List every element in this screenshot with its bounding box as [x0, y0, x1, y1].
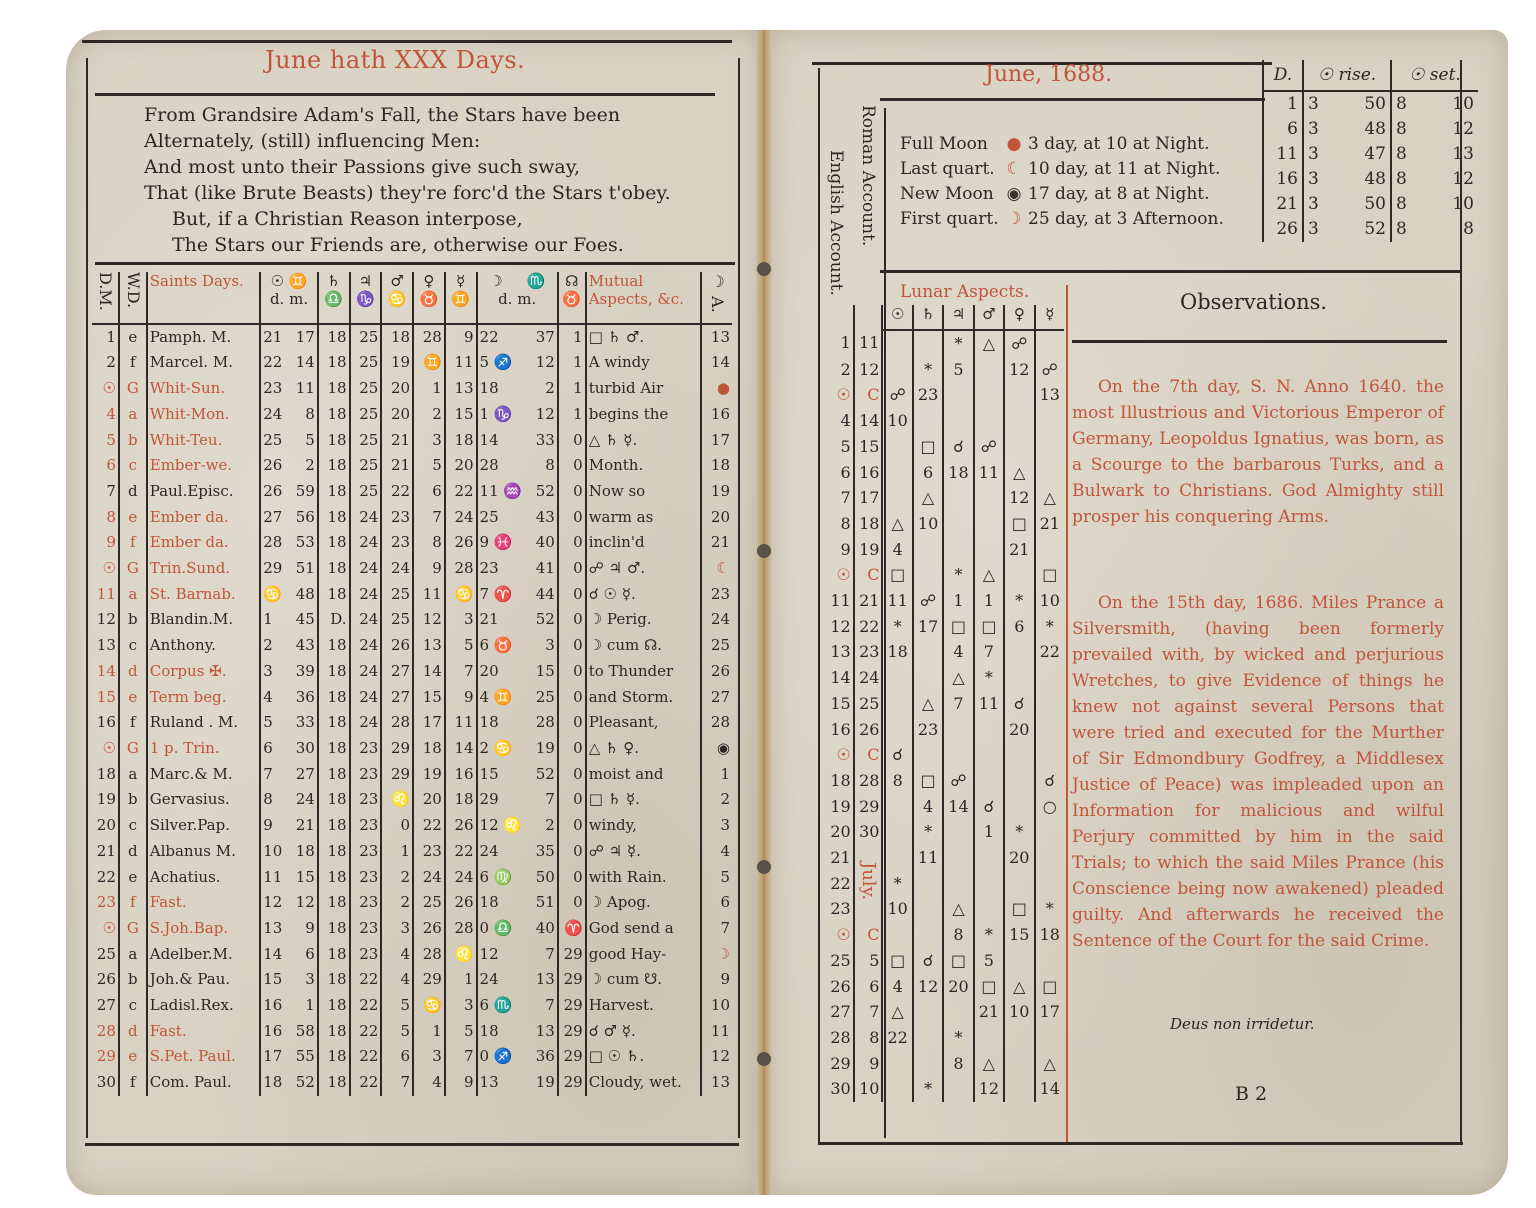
roman-day: 5	[854, 948, 883, 974]
cell-dm: 20	[92, 813, 119, 839]
cell-aspect: Month.	[586, 453, 701, 479]
cell-sun: 824	[260, 787, 318, 813]
cell-da: 2	[701, 787, 732, 813]
cell-mar: 21	[381, 428, 413, 454]
sun-degrees: 4	[263, 688, 273, 706]
cell-jup: 23	[350, 839, 382, 865]
cell-sat: 18	[318, 350, 350, 376]
lunar-aspect-cell	[1035, 460, 1065, 486]
lunar-aspect-cell: ☌	[1004, 691, 1034, 717]
moon-minutes: 51	[536, 890, 555, 916]
cell-moon: 1 ♑12	[477, 402, 558, 428]
lunar-header-planet: ♃	[943, 305, 973, 330]
poem-line: The Stars our Friends are, otherwise our…	[144, 232, 671, 258]
cell-node: 29	[558, 993, 586, 1019]
cell-dm: ☉	[92, 736, 119, 762]
cell-sat: 18	[318, 839, 350, 865]
english-day: 4	[826, 408, 854, 434]
lunar-aspect-cell: 11	[974, 691, 1004, 717]
cell-mar: 4	[381, 967, 413, 993]
lunar-aspect-cell	[913, 922, 943, 948]
cell-wd: f	[119, 1070, 147, 1096]
lunar-aspect-cell	[882, 1076, 912, 1102]
cell-sat: 18	[318, 479, 350, 505]
cell-da: 13	[701, 1070, 732, 1096]
cell-da: 21	[701, 530, 732, 556]
lunar-aspect-cell: ☌	[943, 434, 973, 460]
roman-day: 10	[854, 1076, 883, 1102]
cell-moon: 2237	[477, 324, 558, 351]
month-year-title: June, 1688.	[985, 62, 1112, 87]
cell-aspect: begins the	[586, 402, 701, 428]
cell-sat: 18	[318, 530, 350, 556]
sun-degrees: 23	[263, 379, 282, 397]
calendar-row: ☉GS.Joh.Bap.1391823326280 ♎40♈God send a…	[92, 916, 732, 942]
sun-minutes: 51	[296, 556, 315, 582]
cell-node: 0	[558, 710, 586, 736]
sun-cell-set_h: 8	[1391, 167, 1426, 192]
lunar-aspect-cell: 20	[1004, 845, 1034, 871]
calendar-row: 20cSilver.Pap.92118230222612 ♌20windy,3	[92, 813, 732, 839]
lunar-aspect-cell	[882, 845, 912, 871]
cell-node: ♈	[558, 916, 586, 942]
lunar-row: 1323184722	[826, 639, 1064, 665]
cell-sun: 1755	[260, 1044, 318, 1070]
lunar-row: ☉C□*△□	[826, 562, 1064, 588]
cell-sun: 153	[260, 967, 318, 993]
cell-moon: 1828	[477, 710, 558, 736]
sun-degrees: 6	[263, 739, 273, 757]
cell-aspect: ☽ Perig.	[586, 607, 701, 633]
cell-wd: d	[119, 1019, 147, 1045]
cell-ven: 11	[413, 582, 445, 608]
roman-day: 19	[854, 537, 883, 563]
sun-degrees: 26	[263, 482, 282, 500]
cell-mar: 25	[381, 582, 413, 608]
cell-saint: Gervasius.	[147, 787, 261, 813]
cell-jup: 25	[350, 324, 382, 351]
cell-jup: 24	[350, 607, 382, 633]
roman-day: 28	[854, 768, 883, 794]
cell-node: 0	[558, 659, 586, 685]
cell-sun: 145	[260, 607, 318, 633]
calendar-row: 29eS.Pet. Paul.175518226370 ♐3629□ ☉ ♄.1…	[92, 1044, 732, 1070]
sun-minutes: 39	[296, 659, 315, 685]
cell-moon: 2341	[477, 556, 558, 582]
cell-moon: 2413	[477, 967, 558, 993]
cell-aspect: moist and	[586, 762, 701, 788]
lunar-aspect-cell: 21	[974, 999, 1004, 1025]
cell-sat: 18	[318, 402, 350, 428]
lunar-aspect-cell: *	[974, 665, 1004, 691]
lunar-row: 16262320	[826, 717, 1064, 743]
cell-mar: 27	[381, 659, 413, 685]
roman-day: 30	[854, 819, 883, 845]
cell-ven: 6	[413, 479, 445, 505]
cell-mar: 22	[381, 479, 413, 505]
moon-phase-label: Full Moon	[900, 132, 1000, 157]
roman-day: 22	[854, 614, 883, 640]
calendar-row: 15eTerm beg.4361824271594 ♊250and Storm.…	[92, 685, 732, 711]
lunar-aspect-cell	[1035, 871, 1065, 897]
cell-dm: 27	[92, 993, 119, 1019]
moon-minutes: 28	[536, 710, 555, 736]
cell-moon: 288	[477, 453, 558, 479]
english-day: 6	[826, 460, 854, 486]
motto: Deus non irridetur.	[1170, 1015, 1315, 1033]
sun-minutes: 59	[296, 479, 315, 505]
cell-wd: c	[119, 453, 147, 479]
lunar-aspect-cell	[1035, 742, 1065, 768]
roman-day: 12	[854, 357, 883, 383]
cell-ven: 4	[413, 1070, 445, 1096]
moon-phase-time: 3 day, at 10 at Night.	[1028, 132, 1210, 157]
moon-minutes: 50	[536, 865, 555, 891]
cell-ven: 1	[413, 1019, 445, 1045]
cell-saint: 1 p. Trin.	[147, 736, 261, 762]
cell-dm: 13	[92, 633, 119, 659]
bottom-rule	[85, 1143, 739, 1146]
cell-dm: 25	[92, 942, 119, 968]
cell-da: 20	[701, 505, 732, 531]
calendar-row: 27cLadisl.Rex.16118225♋36 ♏729Harvest.10	[92, 993, 732, 1019]
observation-leopold: On the 7th day, S. N. Anno 1640. the mos…	[1072, 374, 1444, 530]
lunar-aspect-cell	[943, 408, 973, 434]
cell-wd: G	[119, 736, 147, 762]
roman-day: 15	[854, 434, 883, 460]
cell-jup: 22	[350, 993, 382, 1019]
lunar-row: 212*512☍	[826, 357, 1064, 383]
roman-day: C	[854, 562, 883, 588]
cell-saint: Ladisl.Rex.	[147, 993, 261, 1019]
lunar-aspect-cell: 17	[1035, 999, 1065, 1025]
cell-ven: 2	[413, 402, 445, 428]
lunar-aspect-cell	[1035, 408, 1065, 434]
sun-cell-set_h: 8	[1391, 217, 1426, 242]
lunar-aspect-cell	[974, 408, 1004, 434]
moon-phase-time: 25 day, at 3 Afternoon.	[1028, 207, 1224, 232]
sun-degrees: 21	[263, 328, 282, 346]
moon-degrees: 15	[480, 765, 499, 783]
cell-node: 29	[558, 942, 586, 968]
cell-jup: 23	[350, 736, 382, 762]
poem: From Grandsire Adam's Fall, the Stars ha…	[144, 102, 671, 258]
sun-cell-d: 26	[1263, 217, 1303, 242]
lunar-row: 1929414☌○	[826, 794, 1064, 820]
cell-mar: 27	[381, 685, 413, 711]
lunar-aspect-cell: 18	[1035, 922, 1065, 948]
lunar-aspect-cell: △	[913, 485, 943, 511]
cell-ven: 14	[413, 659, 445, 685]
cell-moon: 1319	[477, 1070, 558, 1096]
roman-day: 6	[854, 974, 883, 1000]
calendar-row: 5bWhit-Teu.25518252131814330△ ♄ ☿.17	[92, 428, 732, 454]
lunar-aspect-cell: *	[943, 330, 973, 357]
lunar-aspect-cell	[974, 485, 1004, 511]
moon-phase-icon: ☾	[1000, 157, 1028, 182]
lunar-aspect-cell: □	[974, 974, 1004, 1000]
signature-mark: B 2	[1235, 1083, 1267, 1105]
lunar-aspect-cell: 4	[913, 794, 943, 820]
lunar-aspect-cell: ☌	[913, 948, 943, 974]
sun-minutes: 8	[305, 402, 315, 428]
cell-ven: ♋	[413, 993, 445, 1019]
lunar-aspect-cell: 12	[1004, 485, 1034, 511]
lunar-aspect-cell	[882, 922, 912, 948]
cell-sat: 18	[318, 890, 350, 916]
cell-node: 0	[558, 813, 586, 839]
cell-jup: 22	[350, 1070, 382, 1096]
cell-mer: 5	[445, 1019, 477, 1045]
sun-degrees: 25	[263, 431, 282, 449]
cell-wd: c	[119, 993, 147, 1019]
cell-sat: 18	[318, 324, 350, 351]
cell-sat: 18	[318, 633, 350, 659]
lunar-aspect-cell: ☍	[882, 382, 912, 408]
lunar-aspect-cell: □	[882, 562, 912, 588]
cell-aspect: □ ♄ ♂.	[586, 324, 701, 351]
moon-degrees: 4 ♊	[480, 688, 513, 706]
lunar-aspect-cell	[1004, 434, 1034, 460]
sun-degrees: 16	[263, 996, 282, 1014]
header-mars: ♂♋	[381, 272, 413, 324]
lunar-aspect-cell	[1035, 948, 1065, 974]
cell-ven: 3	[413, 428, 445, 454]
cell-wd: e	[119, 505, 147, 531]
lunar-aspect-cell	[1004, 639, 1034, 665]
cell-moon: 6 ♉3	[477, 633, 558, 659]
lunar-aspect-cell	[913, 330, 943, 357]
lunar-header-planet: ♄	[913, 305, 943, 330]
sun-degrees: 3	[263, 662, 273, 680]
header-day-of-month: D.M.	[96, 272, 114, 311]
cell-aspect: △ ♄ ♀.	[586, 736, 701, 762]
stitch-hole	[757, 544, 771, 558]
lunar-aspect-cell: △	[882, 999, 912, 1025]
cell-da: 12	[701, 1044, 732, 1070]
cell-sun: 1212	[260, 890, 318, 916]
lunar-aspect-cell	[943, 1076, 973, 1102]
sun-minutes: 48	[296, 582, 315, 608]
cell-jup: 22	[350, 967, 382, 993]
cell-wd: a	[119, 582, 147, 608]
lunar-aspect-cell: *	[943, 1025, 973, 1051]
lunar-aspect-cell: 11	[882, 588, 912, 614]
cell-da: 5	[701, 865, 732, 891]
cell-ven: 13	[413, 633, 445, 659]
lunar-aspect-cell: 6	[913, 460, 943, 486]
cell-mer: 14	[445, 736, 477, 762]
cell-jup: 24	[350, 530, 382, 556]
cell-node: 29	[558, 1070, 586, 1096]
lunar-aspect-cell	[1035, 819, 1065, 845]
cell-saint: Silver.Pap.	[147, 813, 261, 839]
observations-title: Observations.	[1180, 290, 1327, 314]
cell-da: 14	[701, 350, 732, 376]
moon-degrees: 0 ♎	[480, 919, 513, 937]
moon-minutes: 13	[536, 1019, 555, 1045]
cell-sat: 18	[318, 942, 350, 968]
cell-mer: 16	[445, 762, 477, 788]
cell-wd: e	[119, 1044, 147, 1070]
cell-mar: 28	[381, 710, 413, 736]
cell-mer: 28	[445, 916, 477, 942]
lunar-aspect-cell: ☍	[913, 588, 943, 614]
lunar-aspect-cell: △	[974, 562, 1004, 588]
moon-degrees: 1 ♑	[480, 405, 513, 423]
cell-wd: G	[119, 376, 147, 402]
lunar-aspect-cell: 12	[913, 974, 943, 1000]
lunar-aspect-cell	[882, 717, 912, 743]
cell-mer: 9	[445, 324, 477, 351]
lunar-aspect-cell: 18	[943, 460, 973, 486]
cell-saint: St. Barnab.	[147, 582, 261, 608]
bottom-rule	[818, 1142, 1463, 1145]
lunar-aspect-cell: 12	[1004, 357, 1034, 383]
moon-degrees: 0 ♐	[480, 1047, 513, 1065]
lunar-aspect-cell	[913, 1025, 943, 1051]
header-sunset: ☉ set.	[1391, 60, 1478, 91]
roman-day: 17	[854, 485, 883, 511]
sun-cell-set_m: 10	[1426, 91, 1478, 117]
moon-degrees: 13	[480, 1073, 499, 1091]
calendar-row: 1ePamph. M.211718251828922371□ ♄ ♂.13	[92, 324, 732, 351]
sun-cell-rise_m: 50	[1338, 192, 1391, 217]
cell-sat: 18	[318, 993, 350, 1019]
cell-dm: 8	[92, 505, 119, 531]
cell-jup: 24	[350, 633, 382, 659]
moon-minutes: 13	[536, 967, 555, 993]
english-day: 16	[826, 717, 854, 743]
sun-cell-rise_m: 50	[1338, 91, 1391, 117]
english-day: 18	[826, 768, 854, 794]
lunar-aspect-cell	[1004, 665, 1034, 691]
sun-cell-set_h: 8	[1391, 192, 1426, 217]
cell-moon: 2 ♋19	[477, 736, 558, 762]
cell-wd: f	[119, 530, 147, 556]
cell-da: 6	[701, 890, 732, 916]
cell-mer: 20	[445, 453, 477, 479]
sun-minutes: 45	[296, 607, 315, 633]
lunar-aspect-cell: 6	[1004, 614, 1034, 640]
cell-sat: 18	[318, 582, 350, 608]
english-day: 9	[826, 537, 854, 563]
cell-aspect: God send a	[586, 916, 701, 942]
cell-dm: 12	[92, 607, 119, 633]
lunar-aspect-cell	[943, 871, 973, 897]
cell-node: 0	[558, 556, 586, 582]
moon-phases: Full Moon●3 day, at 10 at Night.Last qua…	[900, 132, 1224, 232]
lunar-row: 919421	[826, 537, 1064, 563]
cell-mer: 11	[445, 350, 477, 376]
cell-sun: 2659	[260, 479, 318, 505]
calendar-row: ☉GTrin.Sund.295118242492823410☍ ♃ ♂.☾	[92, 556, 732, 582]
moon-degrees: 18	[480, 713, 499, 731]
cell-moon: 1552	[477, 762, 558, 788]
lunar-aspect-cell: *	[913, 819, 943, 845]
cell-moon: 1851	[477, 890, 558, 916]
lunar-aspect-cell: □	[943, 614, 973, 640]
sun-row: 16348812	[1263, 167, 1478, 192]
moon-phase-time: 10 day, at 11 at Night.	[1028, 157, 1220, 182]
sun-cell-set_h: 8	[1391, 142, 1426, 167]
lunar-row: 1222*17□□6*	[826, 614, 1064, 640]
cell-da: 23	[701, 582, 732, 608]
cell-ven: 8	[413, 530, 445, 556]
lunar-aspect-cell	[913, 871, 943, 897]
cell-sun: 146	[260, 942, 318, 968]
lunar-aspect-cell	[1004, 562, 1034, 588]
sun-minutes: 17	[296, 325, 315, 351]
cell-jup: 25	[350, 428, 382, 454]
cell-wd: b	[119, 787, 147, 813]
sun-cell-rise_m: 52	[1338, 217, 1391, 242]
sun-cell-set_m: 12	[1426, 117, 1478, 142]
cell-moon: 2435	[477, 839, 558, 865]
lunar-row: 277△211017	[826, 999, 1064, 1025]
cell-mar: 2	[381, 865, 413, 891]
moon-minutes: 19	[536, 1070, 555, 1096]
roman-day: 24	[854, 665, 883, 691]
moon-phase-label: Last quart.	[900, 157, 1000, 182]
cell-sun: 1018	[260, 839, 318, 865]
cell-mer: 3	[445, 993, 477, 1019]
moon-phase-icon: ◉	[1000, 182, 1028, 207]
cell-node: 29	[558, 1019, 586, 1045]
sun-degrees: 7	[263, 765, 273, 783]
cell-aspect: turbid Air	[586, 376, 701, 402]
calendar-row: 16fRuland . M.533182428171118280Pleasant…	[92, 710, 732, 736]
moon-minutes: 52	[536, 479, 555, 505]
cell-ven: 28	[413, 324, 445, 351]
lunar-aspect-cell: *	[1004, 819, 1034, 845]
cell-sat: 18	[318, 376, 350, 402]
lunar-aspect-cell: □	[1035, 974, 1065, 1000]
lunar-header-planet: ☉	[882, 305, 912, 330]
cell-sun: 2311	[260, 376, 318, 402]
cell-da: ☽	[701, 942, 732, 968]
cell-aspect: ☽ cum ☊.	[586, 633, 701, 659]
sun-cell-rise_h: 3	[1303, 142, 1338, 167]
cell-wd: a	[119, 762, 147, 788]
calendar-row: 9fEmber da.28531824238269 ♓400inclin'd21	[92, 530, 732, 556]
cell-ven: 9	[413, 556, 445, 582]
cell-jup: 25	[350, 402, 382, 428]
cell-sat: 18	[318, 736, 350, 762]
lunar-aspect-cell	[882, 665, 912, 691]
cell-mar: 7	[381, 1070, 413, 1096]
lunar-aspect-cell	[882, 485, 912, 511]
lunar-aspect-cell: 10	[882, 896, 912, 922]
cell-da: 4	[701, 839, 732, 865]
cell-sun: 921	[260, 813, 318, 839]
sun-minutes: 55	[296, 1044, 315, 1070]
sun-degrees: 1	[263, 610, 273, 628]
cell-sun: 2117	[260, 324, 318, 351]
cell-node: 0	[558, 865, 586, 891]
cell-moon: 9 ♓40	[477, 530, 558, 556]
lunar-row: 28822*	[826, 1025, 1064, 1051]
cell-saint: Marcel. M.	[147, 350, 261, 376]
sun-minutes: 52	[296, 1070, 315, 1096]
cell-sun: 2853	[260, 530, 318, 556]
cell-jup: 24	[350, 556, 382, 582]
lunar-aspect-cell: 4	[882, 537, 912, 563]
cell-jup: 24	[350, 685, 382, 711]
english-day: 26	[826, 974, 854, 1000]
english-day: 23	[826, 896, 854, 922]
cell-ven: 12	[413, 607, 445, 633]
